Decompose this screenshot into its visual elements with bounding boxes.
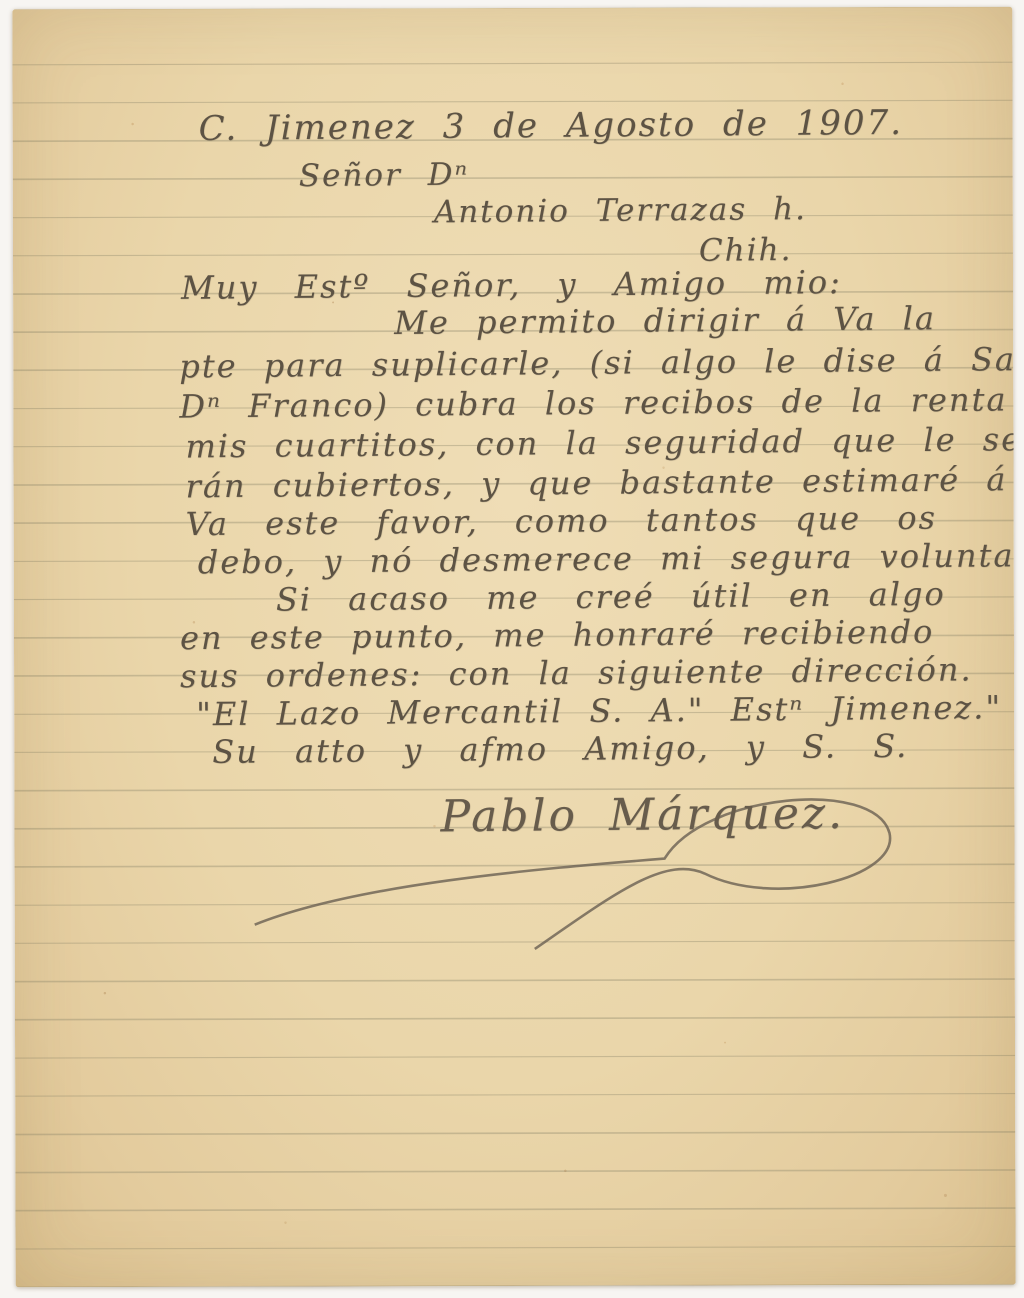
- body-line: en este punto, me honraré recibiendo: [180, 615, 935, 657]
- body-line: Me permito dirigir á Va la: [394, 301, 936, 341]
- recipient-title: Señor Dⁿ: [299, 158, 470, 194]
- body-line: Su atto y afmo Amigo, y S. S.: [212, 729, 908, 770]
- body-line: Va este favor, como tantos que os: [186, 501, 938, 543]
- body-line: debo, y nó desmerece mi segura voluntad.: [198, 538, 1016, 581]
- scanned-letter-page: { "colors": { "scan_background": "#f7f5f…: [0, 0, 1024, 1298]
- signature-name: Pablo Márquez.: [440, 790, 845, 842]
- letter-paper: C. Jimenez 3 de Agosto de 1907. Señor Dⁿ…: [12, 7, 1015, 1288]
- body-line: sus ordenes: con la siguiente dirección.: [180, 652, 973, 694]
- recipient-name: Antonio Terrazas h.: [434, 192, 807, 229]
- body-line: pte para suplicarle, (si algo le dise á …: [179, 342, 1016, 384]
- recipient-place: Chih.: [699, 233, 793, 268]
- dateline: C. Jimenez 3 de Agosto de 1907.: [198, 105, 903, 149]
- body-line: mis cuartitos, con la seguridad que le s…: [185, 422, 1015, 465]
- body-line: Si acaso me creé útil en algo: [276, 577, 946, 618]
- body-line: Dⁿ Franco) cubra los recibos de la renta…: [179, 382, 1015, 425]
